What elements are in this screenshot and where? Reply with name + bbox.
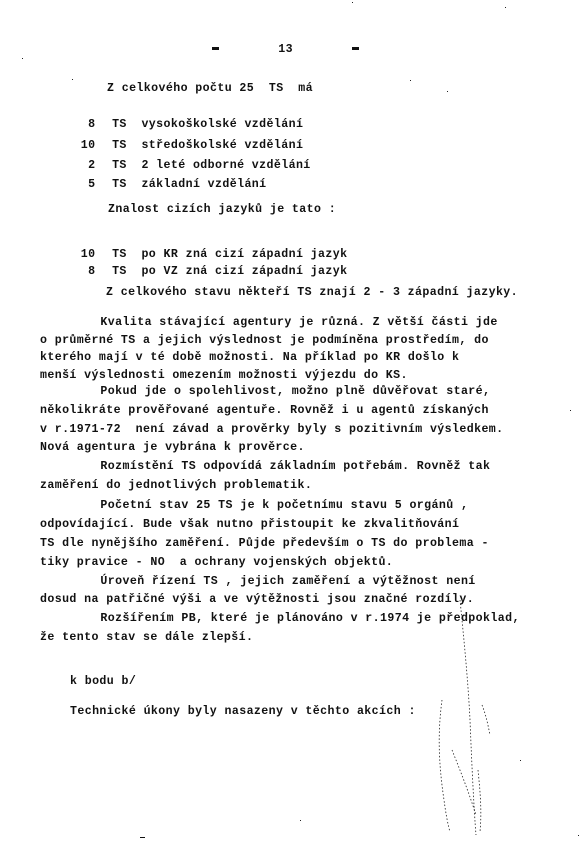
scan-speck bbox=[300, 820, 301, 821]
education-row: 5TSzákladní vzdělání bbox=[44, 164, 267, 206]
paragraph-line: tiky pravice - NO a ochrany vojenských o… bbox=[40, 556, 393, 570]
page-number: 13 bbox=[278, 43, 293, 56]
paragraph-line: několikráte prověřované agentuře. Rovněž… bbox=[40, 404, 489, 418]
scan-speck bbox=[447, 91, 448, 92]
page-number-dash-right bbox=[352, 47, 359, 50]
document-page: 13 Z celkového počtu 25 TS má 8TSvysokoš… bbox=[0, 0, 584, 851]
paragraph-line: Početní stav 25 TS je k početnímu stavu … bbox=[71, 499, 468, 513]
languages-summary: Z celkového stavu někteří TS znají 2 - 3… bbox=[106, 286, 518, 300]
scan-speck bbox=[505, 7, 506, 8]
bottom-mark bbox=[140, 837, 145, 838]
paragraph-line: TS dle nynějšího zaměření. Půjde předevš… bbox=[40, 537, 489, 551]
scan-speck bbox=[570, 410, 571, 411]
languages-heading: Znalost cizích jazyků je tato : bbox=[108, 203, 336, 217]
paragraph-line: že tento stav se dále zlepší. bbox=[40, 631, 253, 645]
scan-speck bbox=[72, 79, 73, 80]
scan-speck bbox=[520, 760, 521, 761]
scan-speck bbox=[410, 80, 411, 81]
paragraph-line: zaměření do jednotlivých problematik. bbox=[40, 479, 312, 493]
scan-speck bbox=[578, 835, 579, 836]
section-b-heading: k bodu b/ bbox=[70, 675, 136, 689]
paragraph-line: odpovídající. Bude však nutno přistoupit… bbox=[40, 518, 459, 532]
paragraph-line: Úroveň řízení TS , jejich zaměření a výt… bbox=[71, 575, 476, 589]
education-intro: Z celkového počtu 25 TS má bbox=[107, 82, 313, 96]
paragraph-line: o průměrné TS a jejich výslednost je pod… bbox=[40, 334, 489, 348]
paragraph-line: dosud na patřičné výši a ve výtěžnosti j… bbox=[40, 593, 474, 607]
page-number-header: 13 bbox=[183, 30, 359, 69]
handwritten-margin-mark bbox=[430, 600, 530, 840]
paragraph-line: Rozmístění TS odpovídá základním potřebá… bbox=[71, 460, 490, 474]
paragraph-line: Kvalita stávající agentury je různá. Z v… bbox=[71, 316, 498, 330]
scan-speck bbox=[22, 58, 23, 59]
section-b-line: Technické úkony byly nasazeny v těchto a… bbox=[70, 705, 416, 719]
paragraph-line: menší výslednosti omezením možnosti výje… bbox=[40, 369, 408, 383]
paragraph-line: Pokud jde o spolehlivost, možno plně dův… bbox=[71, 385, 490, 399]
paragraph-line: kterého mají v té době možnosti. Na přík… bbox=[40, 351, 459, 365]
paragraph-line: v r.1971-72 není závad a prověrky byly s… bbox=[40, 423, 504, 437]
paragraph-line: Nová agentura je vybrána k prověrce. bbox=[40, 441, 305, 455]
scan-speck bbox=[352, 2, 353, 3]
